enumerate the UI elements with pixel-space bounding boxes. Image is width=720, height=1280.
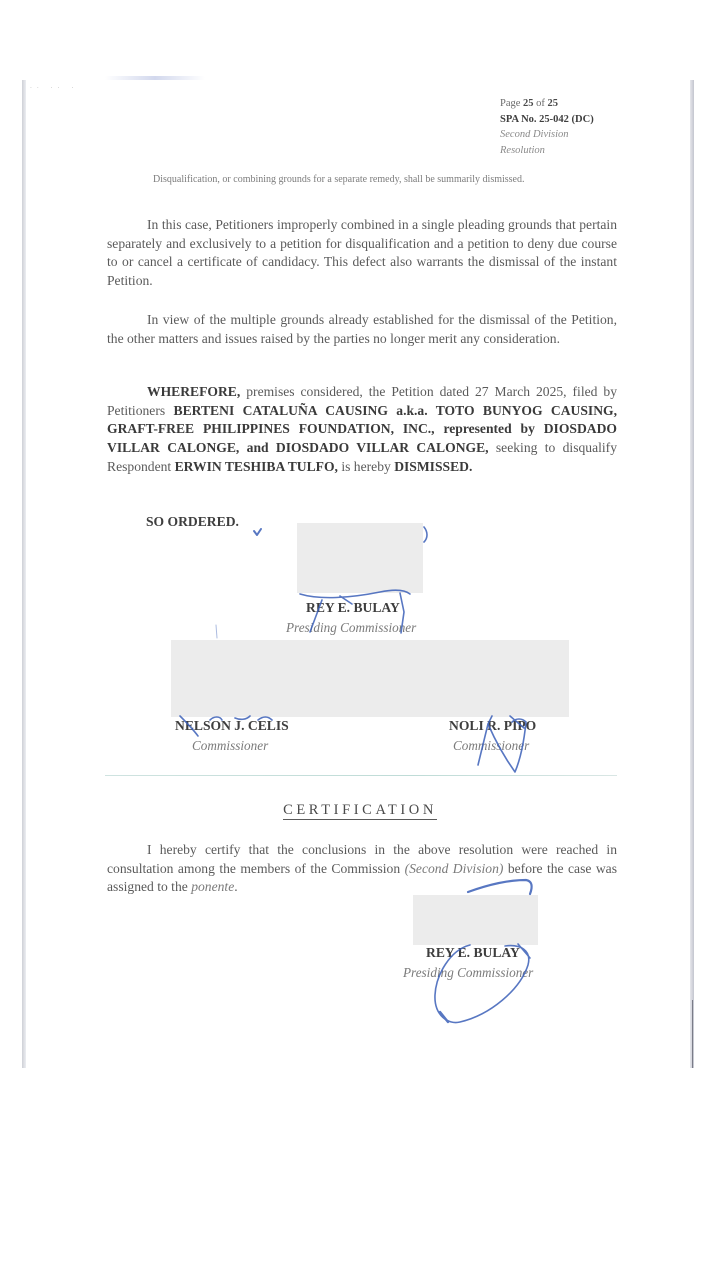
case-number: SPA No. 25-042 (DC) — [500, 112, 594, 128]
certification-signatory-title: Presiding Commissioner — [403, 965, 533, 981]
document-type: Resolution — [500, 143, 594, 159]
section-divider — [105, 775, 617, 776]
redaction-box — [297, 523, 423, 593]
page-right-edge-shadow — [692, 1000, 693, 1068]
division-label: Second Division — [500, 127, 594, 143]
certification-signatory-name: REY E. BULAY — [426, 945, 520, 961]
ruling: DISMISSED. — [394, 459, 472, 474]
respondent-name: ERWIN TESHIBA TULFO, — [175, 459, 338, 474]
signatory-name-presiding: REY E. BULAY — [306, 600, 400, 616]
signatory-title-commissioner-2: Commissioner — [453, 738, 529, 754]
paragraph-improper-combination: In this case, Petitioners improperly com… — [107, 216, 617, 291]
page-header: Page 25 of 25 SPA No. 25-042 (DC) Second… — [500, 96, 594, 158]
signatory-name-commissioner-1: NELSON J. CELIS — [175, 718, 289, 734]
page-right-edge — [690, 80, 694, 1068]
wherefore-label: WHEREFORE, — [147, 384, 240, 399]
page-number: Page 25 of 25 — [500, 96, 594, 112]
redaction-box — [413, 895, 538, 945]
redaction-box — [171, 640, 569, 717]
dispositive-paragraph: WHEREFORE, premises considered, the Peti… — [107, 383, 617, 477]
paragraph-other-matters: In view of the multiple grounds already … — [107, 311, 617, 348]
quoted-rule-fragment: Disqualification, or combining grounds f… — [153, 172, 571, 187]
signatory-title-commissioner-1: Commissioner — [192, 738, 268, 754]
page-left-edge — [22, 80, 26, 1068]
certification-heading: CERTIFICATION — [0, 802, 720, 819]
signatory-name-commissioner-2: NOLI R. PIPO — [449, 718, 536, 734]
scan-smudge — [105, 76, 205, 80]
so-ordered: SO ORDERED. — [146, 514, 239, 530]
certification-paragraph: I hereby certify that the conclusions in… — [107, 841, 617, 897]
signatory-title-presiding: Presiding Commissioner — [286, 620, 416, 636]
scan-specks: ·· ·· · — [30, 85, 100, 115]
